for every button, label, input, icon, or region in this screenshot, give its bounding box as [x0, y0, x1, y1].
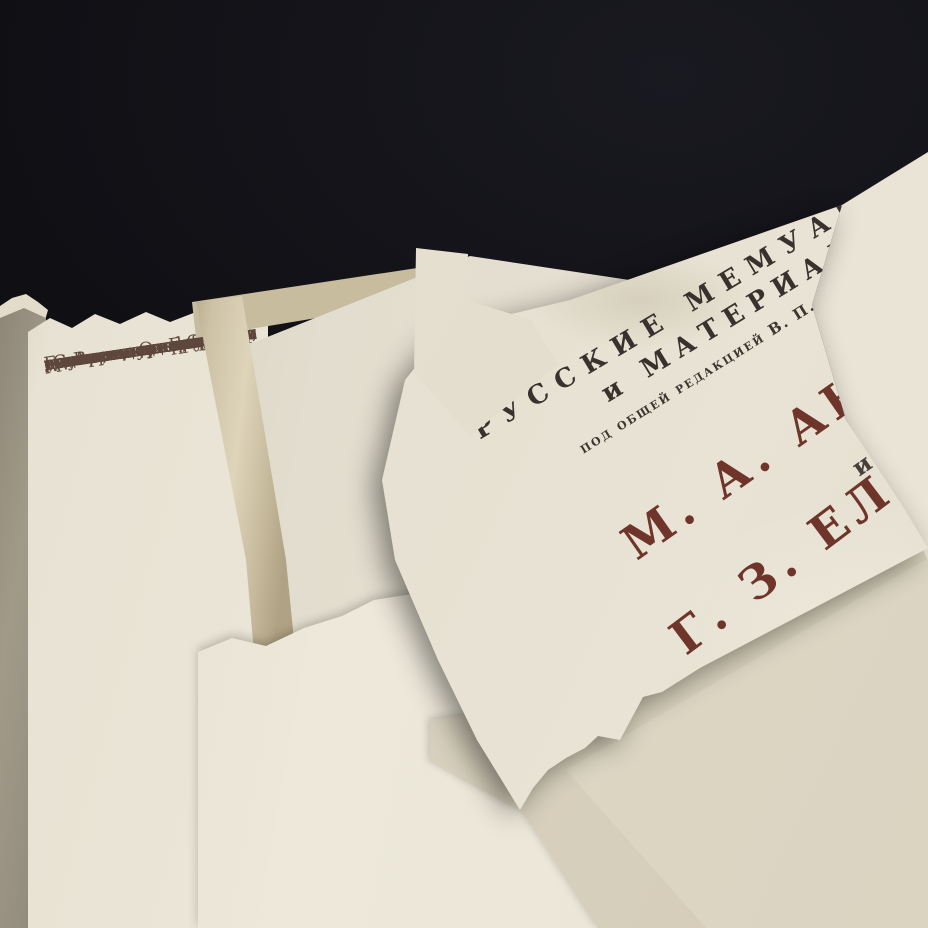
- torn-endpaper-sliver: [0, 0, 60, 340]
- book-photo-scene: Антонович и Ели крупные русские цисты, д…: [0, 0, 928, 928]
